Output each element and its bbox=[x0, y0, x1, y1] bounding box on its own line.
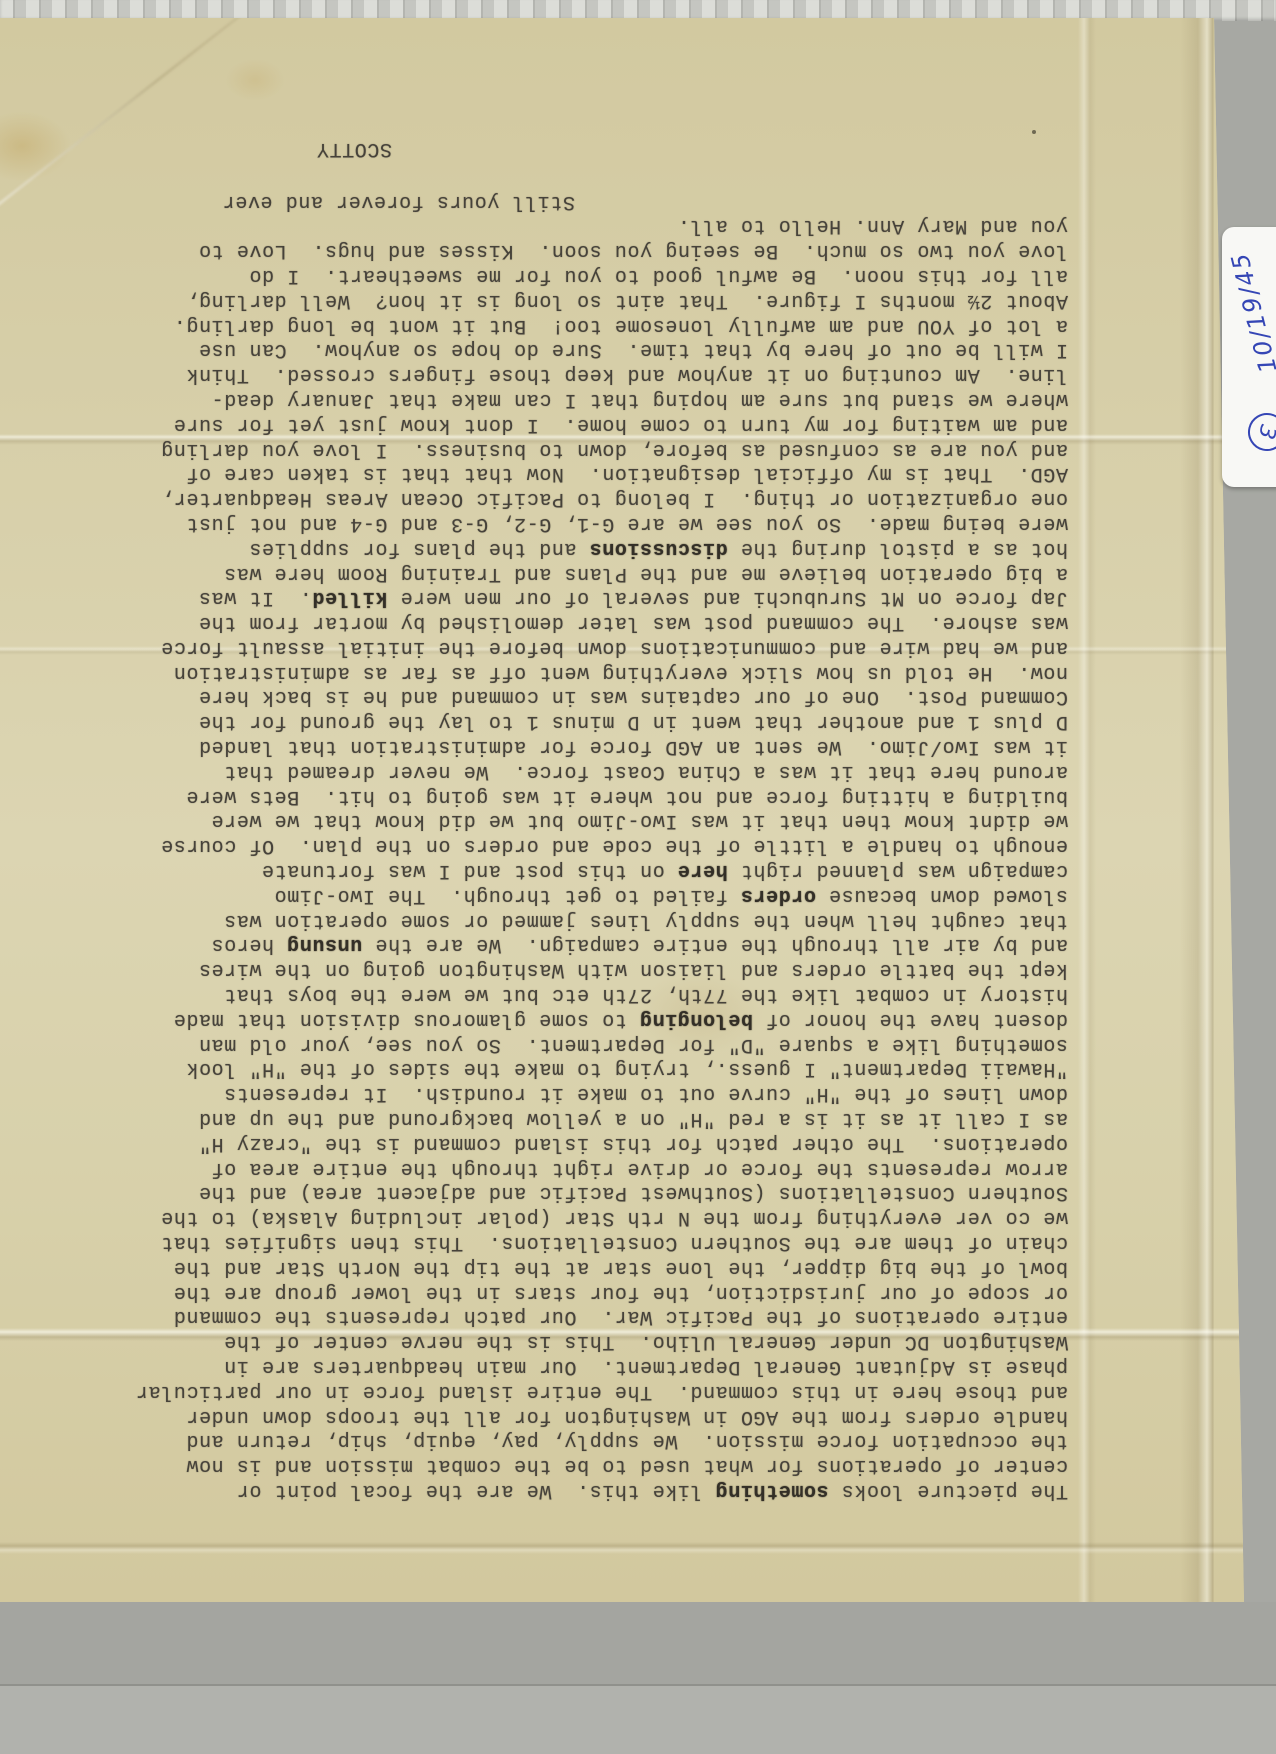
scanner-background-band bbox=[0, 1602, 1276, 1684]
letter-line: you and Mary Ann. Hello to all. bbox=[40, 213, 1068, 238]
letter-line: Command Post. One of our captains was in… bbox=[40, 684, 1068, 709]
letter-line: operations. The other patch for this isl… bbox=[40, 1130, 1068, 1155]
letter-line: arrow represents the force or drive righ… bbox=[40, 1155, 1068, 1180]
letter-line: history in combat like the 77th, 27th et… bbox=[40, 981, 1068, 1006]
letter-line: campaign was planned right here on this … bbox=[40, 857, 1068, 882]
letter-line: as I call it as it is a red "H" on a yel… bbox=[40, 1105, 1068, 1130]
letter-line: we co ver everything from the N rth Star… bbox=[40, 1204, 1068, 1229]
letter-line: handle orders from the AGO in Washington… bbox=[40, 1403, 1068, 1428]
letter-line: chain of them are the Southern Constella… bbox=[40, 1229, 1068, 1254]
letter-line: D plus 1 and another that went in D minu… bbox=[40, 709, 1068, 734]
letter-line: were being made. So you see we are G-1, … bbox=[40, 510, 1068, 535]
letter-line: slowed down because orders failed to get… bbox=[40, 882, 1068, 907]
scanner-background-band-lower bbox=[0, 1684, 1276, 1754]
letter-content: The piecture looks something like this. … bbox=[0, 135, 1244, 1602]
letter-line: where we stand but sure am hoping that I… bbox=[40, 386, 1068, 411]
letter-sheet: The piecture looks something like this. … bbox=[0, 18, 1244, 1602]
tab-date-handwriting: 10/19/45 bbox=[1220, 226, 1276, 398]
letter-line: the occupation force mission. We supply,… bbox=[40, 1428, 1068, 1453]
letter-line: was ashore. The command post was later d… bbox=[40, 609, 1068, 634]
letter-line: bowl of the big dipper, the lone star at… bbox=[40, 1254, 1068, 1279]
letter-line: enough to handle a little of the code an… bbox=[40, 832, 1068, 857]
letter-line: Southern Constellations (Southwest Pacif… bbox=[40, 1180, 1068, 1205]
letter-line: dosent have the honor of belonging to so… bbox=[40, 1006, 1068, 1031]
letter-line: phase is Adjutant General Department. Ou… bbox=[40, 1353, 1068, 1378]
letter-line: we didnt know then that it was Iwo-Jimo … bbox=[40, 808, 1068, 833]
letter-line: AGD. That is my official designation. No… bbox=[40, 461, 1068, 486]
letter-line: About 2½ months I figure. That aint so l… bbox=[40, 287, 1068, 312]
letter-line: The piecture looks something like this. … bbox=[40, 1477, 1068, 1502]
letter-upside-down: The piecture looks something like this. … bbox=[0, 18, 1244, 1602]
letter-line: all for this noon. Be awful good to you … bbox=[40, 262, 1068, 287]
letter-body: The piecture looks something like this. … bbox=[40, 213, 1068, 1502]
letter-line: and you are as confused as before, down … bbox=[40, 436, 1068, 461]
letter-line: love you two so much. Be seeing you soon… bbox=[40, 237, 1068, 262]
letter-line: Jap force on Mt Surubuchi and several of… bbox=[40, 585, 1068, 610]
letter-line: line. Am counting on it anyhow and keep … bbox=[40, 361, 1068, 386]
letter-line: one organization or thing. I belong to P… bbox=[40, 485, 1068, 510]
index-tab: 10/19/45 3 bbox=[1222, 227, 1276, 487]
letter-line: and those here in this command. The enti… bbox=[40, 1378, 1068, 1403]
letter-line: kept the battle orders and liaison with … bbox=[40, 956, 1068, 981]
letter-line: center of operations for what used to be… bbox=[40, 1452, 1068, 1477]
letter-line: a big operation believe me and the Plans… bbox=[40, 560, 1068, 585]
letter-line: something like a square "D" for Departme… bbox=[40, 1031, 1068, 1056]
letter-line: building a hitting force and not where i… bbox=[40, 783, 1068, 808]
scanner-edge-strip bbox=[0, 0, 1276, 21]
letter-line: it was Iwo/Jimo. We sent an AGD force fo… bbox=[40, 733, 1068, 758]
letter-line: down lines of the "H" curve out to make … bbox=[40, 1080, 1068, 1105]
letter-closing: Still yours forever and ever bbox=[40, 188, 575, 213]
letter-line: now. He told us how slick everything wen… bbox=[40, 659, 1068, 684]
letter-line: Washington DC under General Uliho. This … bbox=[40, 1328, 1068, 1353]
letter-line: and we had wire and communications down … bbox=[40, 634, 1068, 659]
letter-line: that caught hell when the supply lines j… bbox=[40, 907, 1068, 932]
letter-line: I will be out of here by that time. Sure… bbox=[40, 337, 1068, 362]
letter-signature: SCOTTY bbox=[40, 135, 392, 160]
letter-line: around here that it was a China Coast fo… bbox=[40, 758, 1068, 783]
scanned-letter-page: The piecture looks something like this. … bbox=[0, 0, 1276, 1754]
letter-line: "Hawaii Department" I guess., trying to … bbox=[40, 1056, 1068, 1081]
letter-line: a lot of YOU and am awfully lonesome too… bbox=[40, 312, 1068, 337]
tab-number-circled: 3 bbox=[1244, 409, 1276, 455]
letter-line: hot as a pistol during the discussions a… bbox=[40, 535, 1068, 560]
letter-line: entire operations of the Pacific War. Ou… bbox=[40, 1304, 1068, 1329]
letter-line: and am waiting for my turn to come home.… bbox=[40, 411, 1068, 436]
letter-line: and by air all through the entire campai… bbox=[40, 932, 1068, 957]
letter-line: or scope of our jurisdiction, the four s… bbox=[40, 1279, 1068, 1304]
